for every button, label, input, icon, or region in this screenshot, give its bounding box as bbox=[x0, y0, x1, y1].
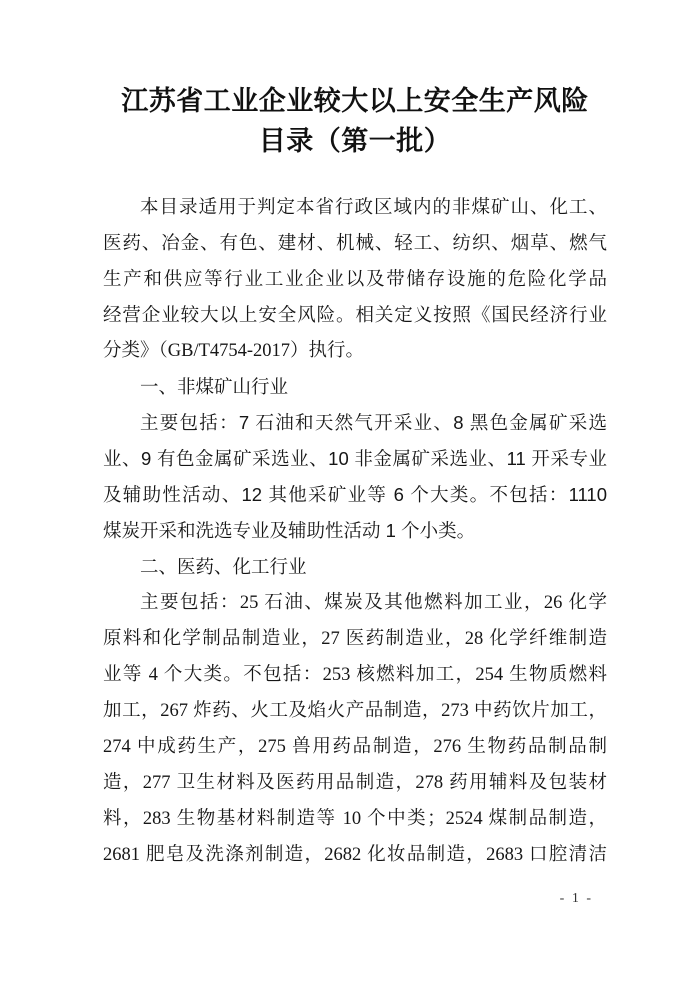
intro-reference-text: 《国民经济行业 bbox=[472, 306, 607, 326]
text-line: 主要包括：7 石油和天然气开采业、8 黑色金属矿采选 bbox=[103, 405, 607, 441]
text-line: 原料和化学制品制造业，27 医药制造业，28 化学纤维制造 bbox=[103, 621, 607, 657]
section-2-heading: 二、医药、化工行业 bbox=[103, 549, 607, 585]
text-line: 主要包括：25 石油、煤炭及其他燃料加工业，26 化学 bbox=[103, 585, 607, 621]
text-line: 经营企业较大以上安全风险。相关定义按照《国民经济行业 bbox=[103, 297, 607, 333]
text-line: 生产和供应等行业工业企业以及带储存设施的危险化学品 bbox=[103, 261, 607, 297]
text-line: 本目录适用于判定本省行政区域内的非煤矿山、化工、 bbox=[103, 189, 607, 225]
document-title: 江苏省工业企业较大以上安全生产风险目录（第一批） bbox=[103, 81, 607, 161]
text-line: 业、9 有色金属矿采选业、10 非金属矿采选业、11 开采专业 bbox=[103, 441, 607, 477]
page-number: - 1 - bbox=[560, 891, 593, 907]
text-line: 及辅助性活动、12 其他采矿业等 6 个大类。不包括：1110 bbox=[103, 477, 607, 513]
section-1-body: 主要包括：7 石油和天然气开采业、8 黑色金属矿采选 业、9 有色金属矿采选业、… bbox=[103, 405, 607, 549]
document-page: 江苏省工业企业较大以上安全生产风险目录（第一批） 本目录适用于判定本省行政区域内… bbox=[0, 0, 700, 990]
text-line: 加工，267 炸药、火工及焰火产品制造，273 中药饮片加工， bbox=[103, 693, 607, 729]
text-line: 2681 肥皂及洗涤剂制造，2682 化妆品制造，2683 口腔清洁 bbox=[103, 837, 607, 873]
document-title-line-1: 江苏省工业企业较大以上安全生产风险 bbox=[121, 86, 589, 116]
document-title-line-2: 目录（第一批） bbox=[259, 126, 452, 156]
section-2-body: 主要包括：25 石油、煤炭及其他燃料加工业，26 化学 原料和化学制品制造业，2… bbox=[103, 585, 607, 873]
text-line: 料，283 生物基材料制造等 10 个中类；2524 煤制品制造， bbox=[103, 801, 607, 837]
intro-paragraph: 本目录适用于判定本省行政区域内的非煤矿山、化工、 医药、冶金、有色、建材、机械、… bbox=[103, 189, 607, 369]
text-line: 煤炭开采和洗选专业及辅助性活动 1 个小类。 bbox=[103, 513, 607, 549]
section-1-heading: 一、非煤矿山行业 bbox=[103, 369, 607, 405]
text-line: 业等 4 个大类。不包括：253 核燃料加工，254 生物质燃料 bbox=[103, 657, 607, 693]
intro-main-text: 经营企业较大以上安全风险。相关定义按照 bbox=[103, 304, 472, 325]
text-line: 医药、冶金、有色、建材、机械、轻工、纺织、烟草、燃气 bbox=[103, 225, 607, 261]
intro-reference-text: 分类》（GB/T4754-2017）执行。 bbox=[103, 333, 607, 369]
text-line: 274 中成药生产，275 兽用药品制造，276 生物药品制品制 bbox=[103, 729, 607, 765]
text-line: 造，277 卫生材料及医药用品制造，278 药用辅料及包装材 bbox=[103, 765, 607, 801]
